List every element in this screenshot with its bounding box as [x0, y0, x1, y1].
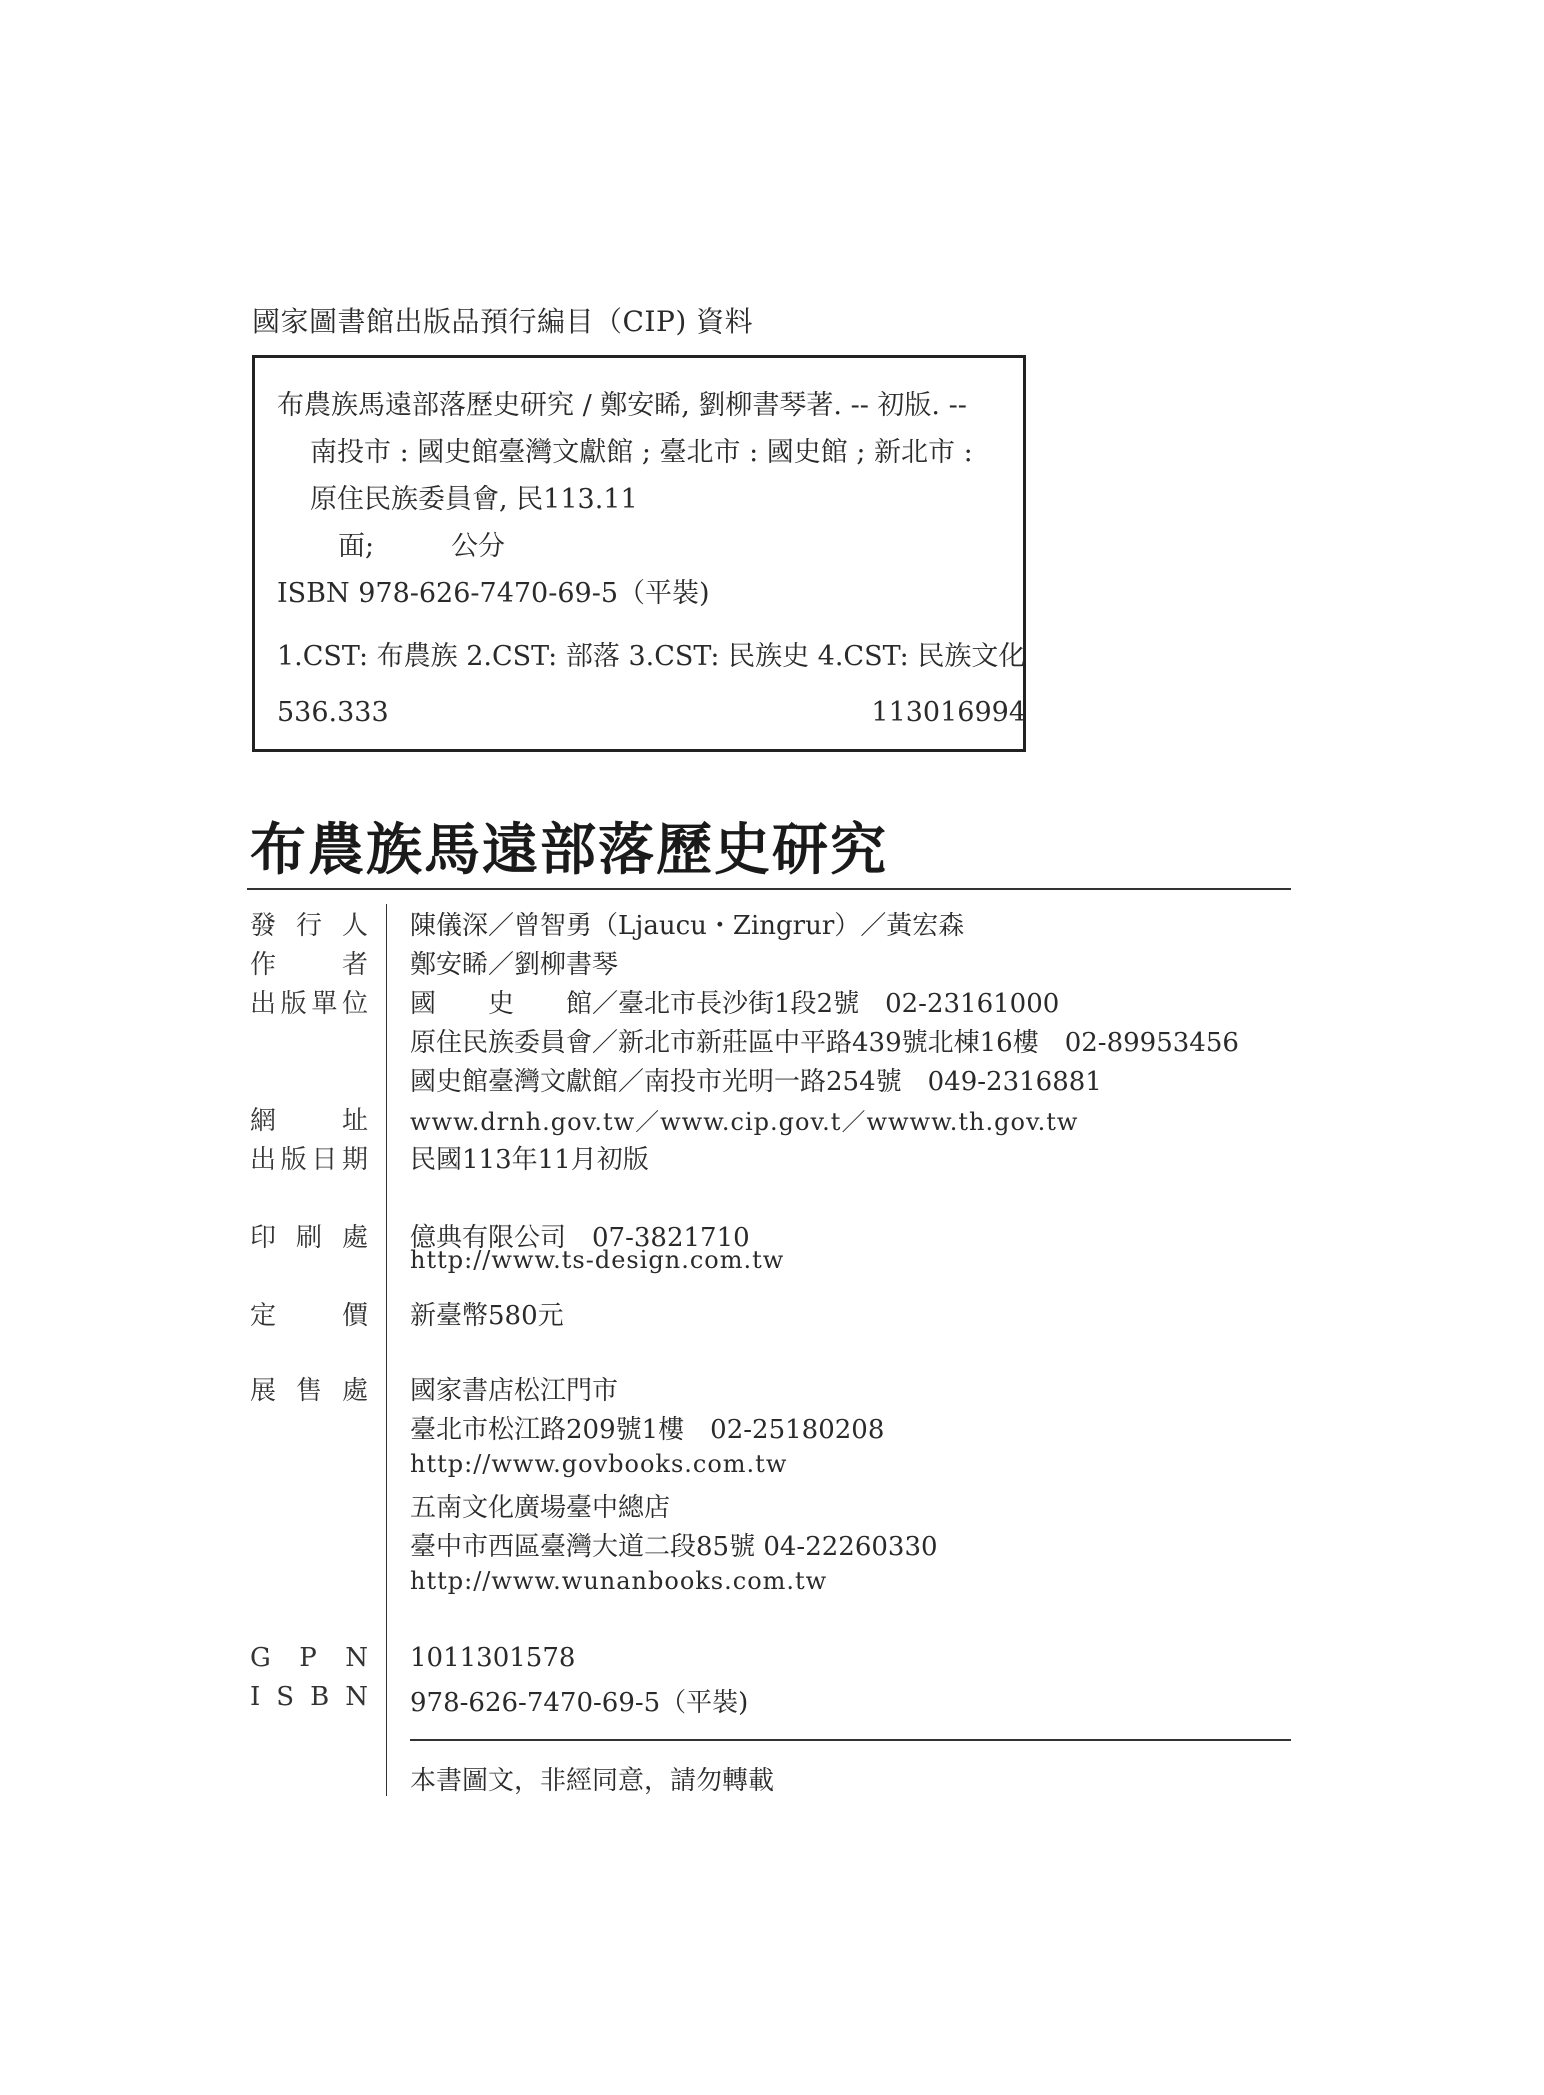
- press-line: 國 史 館／臺北市長沙街1段2號 02-23161000: [410, 983, 1059, 1020]
- author-value: 鄭安睎／劉柳書琴: [410, 944, 618, 981]
- cip-publisher-line: 南投市 : 國史館臺灣文獻館 ; 臺北市 : 國史館 ; 新北市 :: [310, 430, 973, 469]
- press-line: 國史館臺灣文獻館／南投市光明一路254號 049-2316881: [410, 1061, 1102, 1098]
- isbn-label: I S B N: [250, 1682, 368, 1712]
- cip-publisher-line-2: 原住民族委員會, 民113.11: [310, 477, 638, 516]
- colophon-divider: [386, 904, 387, 1796]
- cip-record-number: 113016994: [871, 697, 1026, 728]
- publisher-label: 發 行 人: [250, 905, 368, 942]
- sales-line: 臺中市西區臺灣大道二段85號 04-22260330: [410, 1526, 938, 1563]
- cip-size: 公分: [451, 524, 505, 563]
- price-label: 定 價: [250, 1295, 368, 1332]
- printer-label: 印 刷 處: [250, 1217, 368, 1254]
- sales-url[interactable]: http://www.govbooks.com.tw: [410, 1450, 787, 1478]
- sales-label: 展 售 處: [250, 1370, 368, 1407]
- sales-line: 臺北市松江路209號1樓 02-25180208: [410, 1409, 884, 1446]
- press-line: 原住民族委員會／新北市新莊區中平路439號北棟16樓 02-89953456: [410, 1022, 1239, 1059]
- website-label: 網 址: [250, 1100, 368, 1137]
- copyright-notice: 本書圖文，非經同意，請勿轉載: [410, 1760, 774, 1797]
- sales-line: 五南文化廣場臺中總店: [410, 1487, 670, 1524]
- author-label: 作 者: [250, 944, 368, 981]
- printer-url[interactable]: http://www.ts-design.com.tw: [410, 1246, 784, 1274]
- website-value[interactable]: www.drnh.gov.tw／www.cip.gov.t／wwww.th.go…: [410, 1102, 1078, 1137]
- copyright-rule: [410, 1739, 1291, 1741]
- date-value: 民國113年11月初版: [410, 1139, 649, 1176]
- book-title: 布農族馬遠部落歷史研究: [250, 806, 888, 886]
- cip-pages: 面;: [338, 524, 374, 563]
- sales-url[interactable]: http://www.wunanbooks.com.tw: [410, 1567, 827, 1595]
- gpn-value: 1011301578: [410, 1643, 575, 1673]
- isbn-value: 978-626-7470-69-5（平裝): [410, 1682, 748, 1719]
- price-value: 新臺幣580元: [410, 1295, 564, 1332]
- gpn-label: G P N: [250, 1643, 368, 1673]
- title-rule: [247, 888, 1291, 890]
- cip-classification: 536.333: [277, 697, 389, 728]
- cip-subjects: 1.CST: 布農族 2.CST: 部落 3.CST: 民族史 4.CST: 民…: [277, 634, 1025, 673]
- publisher-value: 陳儀深／曾智勇（Ljaucu・Zingrur）／黃宏森: [410, 905, 964, 942]
- press-label: 出 版 單 位: [250, 983, 368, 1020]
- sales-line: 國家書店松江門市: [410, 1370, 618, 1407]
- cip-isbn: ISBN 978-626-7470-69-5（平裝): [277, 571, 710, 610]
- cip-header: 國家圖書館出版品預行編目（CIP) 資料: [252, 300, 753, 340]
- cip-title-line: 布農族馬遠部落歷史研究 / 鄭安睎, 劉柳書琴著. -- 初版. --: [277, 383, 967, 422]
- date-label: 出 版 日 期: [250, 1139, 368, 1176]
